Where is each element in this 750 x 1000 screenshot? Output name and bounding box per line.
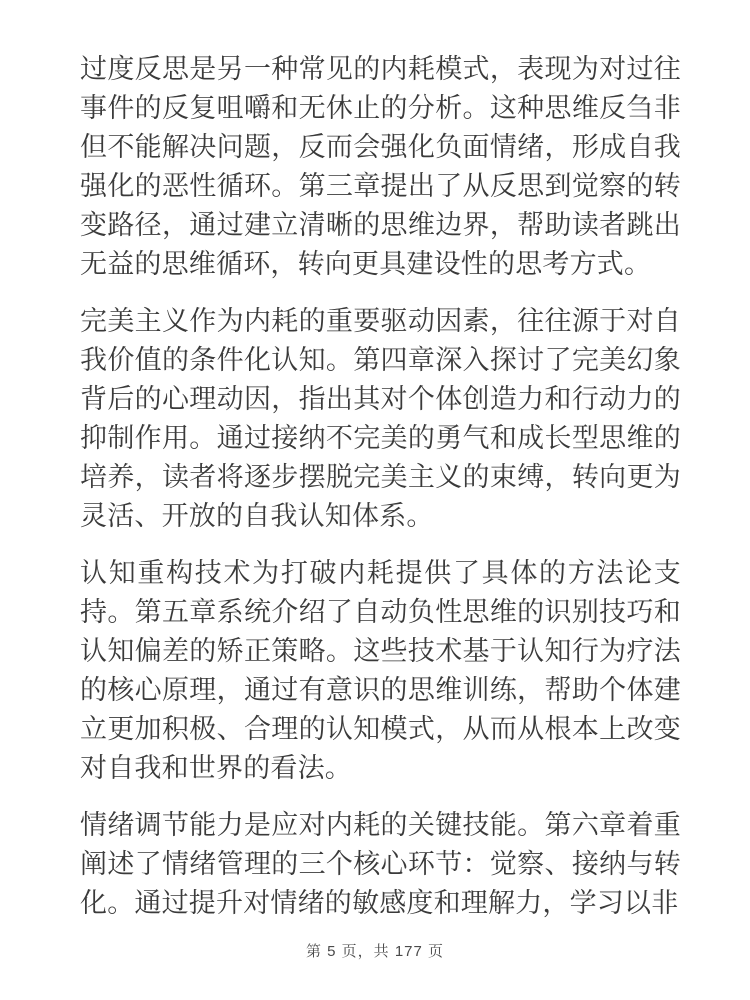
paragraph-cognitive-restructuring: 认知重构技术为打破内耗提供了具体的方法论支持。第五章系统介绍了自动负性思维的识别… bbox=[80, 554, 681, 788]
page-indicator: 第 5 页，共 177 页 bbox=[306, 943, 444, 960]
document-page: 过度反思是另一种常见的内耗模式，表现为对过往事件的反复咀嚼和无休止的分析。这种思… bbox=[0, 0, 750, 1000]
page-footer: 第 5 页，共 177 页 bbox=[0, 941, 750, 963]
paragraph-overthinking: 过度反思是另一种常见的内耗模式，表现为对过往事件的反复咀嚼和无休止的分析。这种思… bbox=[80, 50, 681, 284]
paragraph-perfectionism: 完美主义作为内耗的重要驱动因素，往往源于对自我价值的条件化认知。第四章深入探讨了… bbox=[80, 302, 681, 536]
paragraph-emotion-regulation: 情绪调节能力是应对内耗的关键技能。第六章着重阐述了情绪管理的三个核心环节：觉察、… bbox=[80, 806, 681, 923]
page-content: 过度反思是另一种常见的内耗模式，表现为对过往事件的反复咀嚼和无休止的分析。这种思… bbox=[80, 50, 681, 923]
